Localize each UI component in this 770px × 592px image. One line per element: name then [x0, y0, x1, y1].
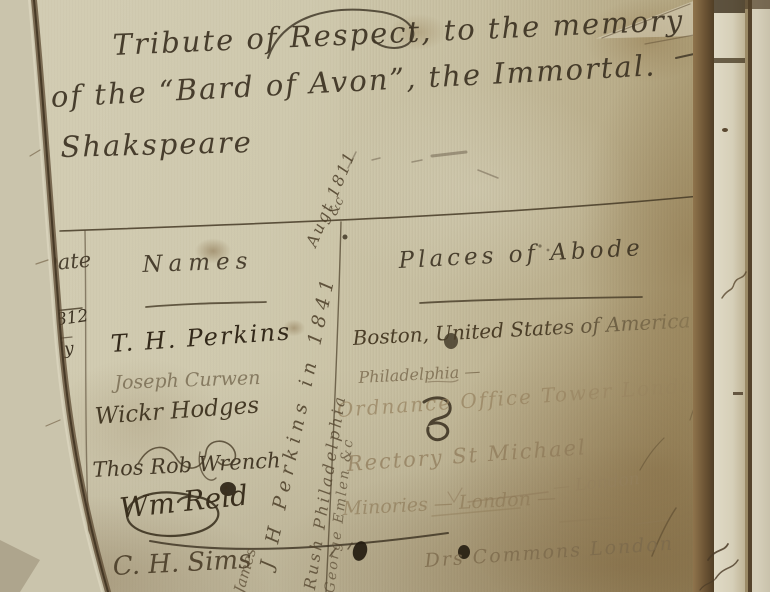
- edge-ink-squiggle-bottom-2: [716, 560, 738, 578]
- edge-overlay: [0, 0, 770, 592]
- manuscript-photo: Tribute of Respect, to the memory — of t…: [0, 0, 770, 592]
- edge-ink-squiggle-mid: [722, 272, 746, 298]
- gutter-page-stub: [0, 0, 108, 592]
- edge-ink-squiggle-bottom-3: [700, 578, 716, 590]
- edge-ink-squiggle-bottom-1: [708, 544, 728, 560]
